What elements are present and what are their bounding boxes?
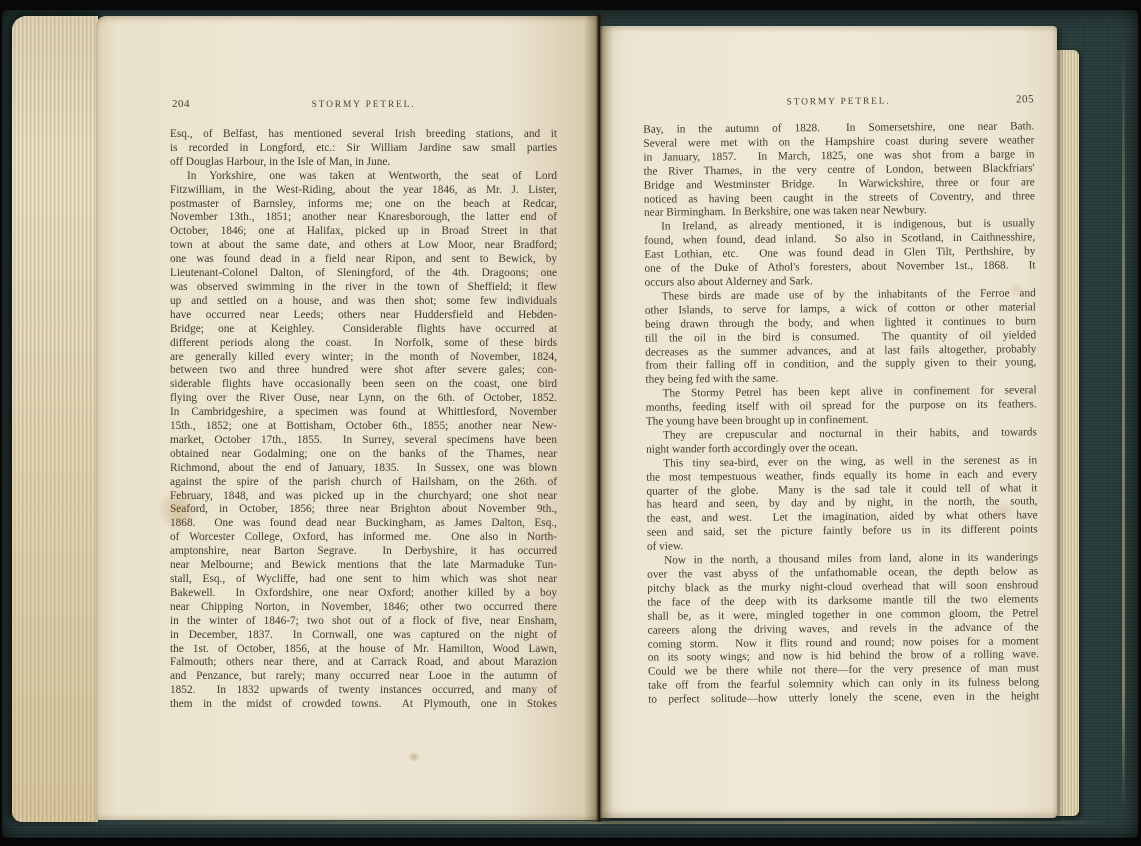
text-line: siderable flights have occasionally been… <box>170 378 557 392</box>
page-number-left: 204 <box>172 98 190 110</box>
page-stack-right-edge <box>1057 50 1079 816</box>
text-line: Lieutenant-Colonel Dalton, of Sleningfor… <box>170 267 557 281</box>
text-line: in December, 1837. In Cornwall, one was … <box>170 629 557 643</box>
running-header-left: STORMY PETREL. <box>170 100 557 110</box>
text-line: Richmond, about the end of January, 1835… <box>170 462 557 476</box>
text-line: market, October 17th., 1855. In Surrey, … <box>170 434 557 448</box>
text-line: off Douglas Harbour, in the Isle of Man,… <box>170 156 557 170</box>
page-right-content: STORMY PETREL. 205 Bay, in the autumn of… <box>643 95 1039 707</box>
text-line: Bridge; one at Keighley. Considerable fl… <box>170 323 557 337</box>
text-line: in the winter of 1846-7; two shot out of… <box>170 615 557 629</box>
page-right-header: STORMY PETREL. 205 <box>643 95 1034 112</box>
page-number-right: 205 <box>1016 93 1034 105</box>
cover-edge-highlight-right <box>1122 40 1125 810</box>
text-line: amptonshire, near Barton Segrave. In Der… <box>170 545 557 559</box>
text-line: was observed swimming in the river in th… <box>170 281 557 295</box>
text-line: October, 1846; one at Halifax, picked up… <box>170 225 557 239</box>
text-line: near Melbourne; and Bewick mentions that… <box>170 559 557 573</box>
text-line: between two and three hundred were shot … <box>170 364 557 378</box>
text-line: is recorded in Longford, etc.: Sir Willi… <box>170 142 557 156</box>
text-line: have occurred near Leeds; others near Hu… <box>170 309 557 323</box>
text-line: flying over the River Ouse, near Lynn, o… <box>170 392 557 406</box>
text-line: stall, Esq., of Wycliffe, had one sent t… <box>170 573 557 587</box>
running-header-right: STORMY PETREL. <box>643 95 1034 108</box>
text-line: 1852. In 1832 upwards of twenty instance… <box>170 684 557 698</box>
page-left-text: Esq., of Belfast, has mentioned several … <box>170 128 557 712</box>
text-line: town at about the same date, and others … <box>170 239 557 253</box>
book-photo-scene: 204 STORMY PETREL. Esq., of Belfast, has… <box>0 0 1141 846</box>
text-line: against the spire of the parish church o… <box>170 476 557 490</box>
text-line: In Cambridgeshire, a specimen was found … <box>170 406 557 420</box>
text-line: obtained near Godalming; one on the bank… <box>170 448 557 462</box>
text-line: of Worcester College, Oxford, has inform… <box>170 531 557 545</box>
text-line: 15th., 1852; one at Bottisham, October 6… <box>170 420 557 434</box>
text-line: Fitzwilliam, in the West-Riding, about t… <box>170 184 557 198</box>
text-line: the 1st. of October, 1856, at the house … <box>170 643 557 657</box>
text-line: In Yorkshire, one was taken at Wentworth… <box>170 170 557 184</box>
text-line: postmaster of Barnsley, informs me; one … <box>170 198 557 212</box>
page-left-header: 204 STORMY PETREL. <box>170 100 557 114</box>
cover-edge-highlight-bottom <box>60 821 1110 824</box>
page-stack-fore-edge <box>12 16 98 822</box>
text-line: Esq., of Belfast, has mentioned several … <box>170 128 557 142</box>
text-line: up and settled on a house, and was then … <box>170 295 557 309</box>
text-line: one was found dead in a field near Ripon… <box>170 253 557 267</box>
book-page-right: STORMY PETREL. 205 Bay, in the autumn of… <box>600 26 1057 818</box>
text-line: November 13th., 1851; another near Knare… <box>170 211 557 225</box>
page-right-text: Bay, in the autumn of 1828. In Somersets… <box>643 120 1039 707</box>
text-line: February, 1848, and was picked up in the… <box>170 490 557 504</box>
text-line: and Penzance, but rarely; many occurred … <box>170 670 557 684</box>
text-line: Bakewell. In Oxfordshire, one near Oxfor… <box>170 587 557 601</box>
text-line: different periods along the coast. In No… <box>170 337 557 351</box>
text-line: to perfect solitude—how utterly lonely t… <box>648 690 1039 707</box>
page-left-content: 204 STORMY PETREL. Esq., of Belfast, has… <box>170 100 557 712</box>
text-line: Falmouth; others near there, and at Carr… <box>170 656 557 670</box>
text-line: them in the midst of crowded towns. At P… <box>170 698 557 712</box>
text-line: Seaford, in October, 1856; three near Br… <box>170 503 557 517</box>
text-line: 1868. One was found dead near Buckingham… <box>170 517 557 531</box>
book-page-left: 204 STORMY PETREL. Esq., of Belfast, has… <box>96 16 598 820</box>
text-line: near Chipping Norton, in November, 1846;… <box>170 601 557 615</box>
text-line: are generally killed every winter; in th… <box>170 351 557 365</box>
